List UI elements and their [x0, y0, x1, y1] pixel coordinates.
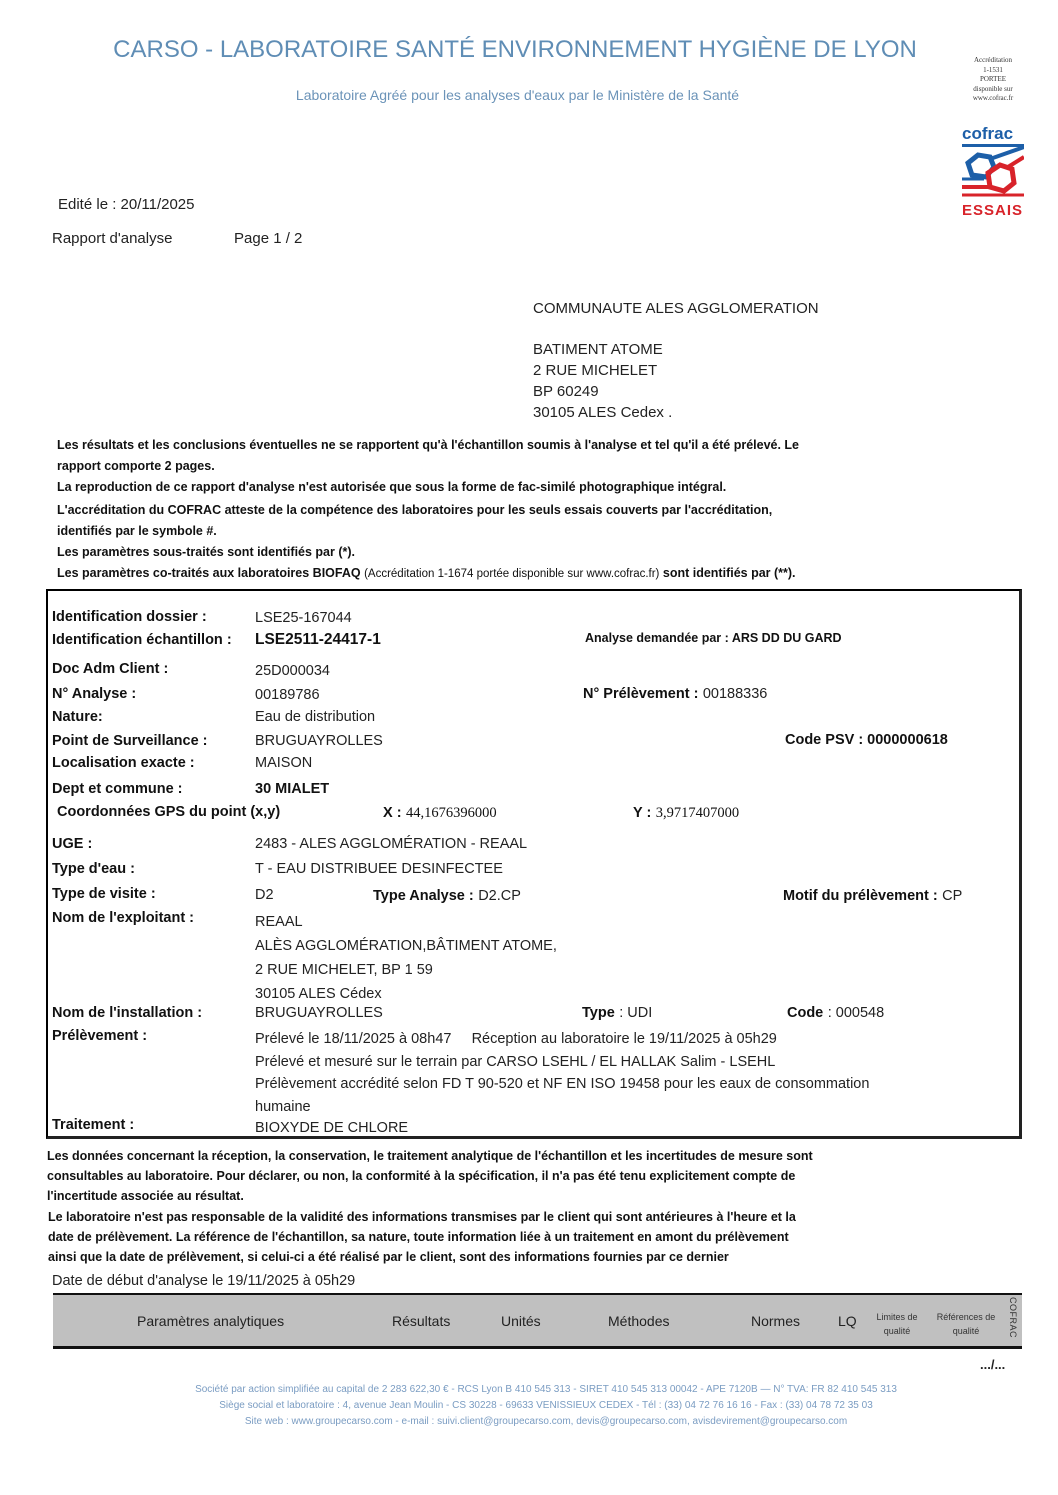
- dept-value: 30 MIALET: [255, 781, 329, 797]
- gps-y: Y : 3,9717407000: [633, 804, 739, 822]
- doc-adm-label: Doc Adm Client :: [52, 661, 168, 677]
- note-line: l'incertitude associée au résultat.: [47, 1186, 813, 1206]
- localisation-label: Localisation exacte :: [52, 755, 195, 771]
- installation-code-value: : 000548: [828, 1005, 884, 1021]
- address-line: BATIMENT ATOME: [533, 339, 672, 360]
- responsibility-notes: Le laboratoire n'est pas responsable de …: [48, 1207, 796, 1267]
- analyse-no-value: 00189786: [255, 687, 320, 703]
- installation-value: BRUGUAYROLLES: [255, 1005, 383, 1021]
- col-references-qualite: Références de qualité: [933, 1310, 999, 1338]
- recipient-name: COMMUNAUTE ALES AGGLOMERATION: [533, 298, 819, 319]
- exploitant-line: REAAL: [255, 910, 557, 934]
- prelevement-line: Prélèvement accrédité selon FD T 90-520 …: [255, 1073, 869, 1096]
- surveillance-label: Point de Surveillance :: [52, 733, 208, 749]
- localisation-value: MAISON: [255, 755, 312, 771]
- exploitant-line: 30105 ALES Cédex: [255, 982, 557, 1006]
- notice-line: Les paramètres sous-traités sont identif…: [57, 542, 799, 563]
- notice-line: L'accréditation du COFRAC atteste de la …: [57, 500, 799, 521]
- note-line: Le laboratoire n'est pas responsable de …: [48, 1207, 796, 1227]
- address-line: 30105 ALES Cedex .: [533, 402, 672, 423]
- gps-y-value: 3,9717407000: [656, 805, 739, 821]
- col-references-line: Références de: [933, 1310, 999, 1324]
- col-methodes: Méthodes: [608, 1313, 669, 1329]
- exploitant-line: ALÈS AGGLOMÉRATION,BÂTIMENT ATOME,: [255, 934, 557, 958]
- lab-subtitle: Laboratoire Agréé pour les analyses d'ea…: [0, 87, 1035, 103]
- note-line: ainsi que la date de prélèvement, si cel…: [48, 1247, 796, 1267]
- notice-line-biofaq: Les paramètres co-traités aux laboratoir…: [57, 563, 799, 585]
- accreditation-line: disponible sur: [958, 85, 1028, 95]
- installation-code: Code : 000548: [787, 1004, 884, 1022]
- prelevement-no-value: 00188336: [703, 686, 768, 702]
- col-references-line: qualité: [933, 1324, 999, 1338]
- type-eau-label: Type d'eau :: [52, 861, 135, 877]
- cofrac-logo-text: cofrac: [962, 125, 1013, 143]
- reception-notes: Les données concernant la réception, la …: [47, 1146, 813, 1206]
- traitement-value: BIOXYDE DE CHLORE: [255, 1120, 408, 1136]
- visite-label: Type de visite :: [52, 886, 156, 902]
- motif-value: CP: [942, 888, 962, 904]
- accreditation-line: www.cofrac.fr: [958, 94, 1028, 104]
- lab-title: CARSO - LABORATOIRE SANTÉ ENVIRONNEMENT …: [0, 36, 1030, 64]
- surveillance-value: BRUGUAYROLLES: [255, 733, 383, 749]
- analyse-no-label: N° Analyse :: [52, 686, 136, 702]
- recipient-address: BATIMENT ATOME 2 RUE MICHELET BP 60249 3…: [533, 339, 672, 423]
- continuation-mark: .../...: [980, 1357, 1005, 1372]
- exploitant-line: 2 RUE MICHELET, BP 1 59: [255, 958, 557, 982]
- gps-x: X : 44,1676396000: [383, 804, 497, 822]
- nature-value: Eau de distribution: [255, 709, 375, 725]
- echantillon-label: Identification échantillon :: [52, 632, 232, 648]
- prelevement-no: N° Prélèvement : 00188336: [583, 685, 767, 703]
- footer-address: Siège social et laboratoire : 4, avenue …: [0, 1400, 1058, 1411]
- installation-code-label: Code: [787, 1005, 823, 1021]
- code-psv: Code PSV : 0000000618: [785, 732, 948, 748]
- prelevement-line: Prélevé le 18/11/2025 à 08h47 Réception …: [255, 1028, 869, 1051]
- note-line: date de prélèvement. La référence de l'é…: [48, 1227, 796, 1247]
- col-normes: Normes: [751, 1313, 800, 1329]
- gps-y-label: Y :: [633, 805, 651, 821]
- type-analyse-label: Type Analyse :: [373, 888, 474, 904]
- col-lq: LQ: [838, 1313, 857, 1329]
- prelevement-label: Prélèvement :: [52, 1028, 147, 1044]
- dept-label: Dept et commune :: [52, 781, 183, 797]
- address-line: 2 RUE MICHELET: [533, 360, 672, 381]
- traitement-label: Traitement :: [52, 1117, 134, 1133]
- prelevement-line: humaine: [255, 1096, 869, 1119]
- gps-x-label: X :: [383, 805, 402, 821]
- gps-x-value: 44,1676396000: [406, 805, 497, 821]
- notice-biofaq-a: Les paramètres co-traités aux laboratoir…: [57, 566, 361, 580]
- col-cofrac: COFRAC: [1008, 1297, 1018, 1338]
- note-line: consultables au laboratoire. Pour déclar…: [47, 1166, 813, 1186]
- uge-value: 2483 - ALES AGGLOMÉRATION - REAAL: [255, 836, 527, 852]
- accreditation-note: Accréditation 1-1531 PORTEE disponible s…: [958, 56, 1028, 104]
- visite-value: D2: [255, 887, 274, 903]
- notice-line: La reproduction de ce rapport d'analyse …: [57, 477, 799, 498]
- motif-label: Motif du prélèvement :: [783, 888, 938, 904]
- edited-date: Edité le : 20/11/2025: [58, 196, 195, 213]
- essais-logo-text: ESSAIS: [962, 202, 1023, 217]
- exploitant-label: Nom de l'exploitant :: [52, 910, 194, 926]
- report-label: Rapport d'analyse: [52, 230, 172, 247]
- type-analyse: Type Analyse : D2.CP: [373, 887, 521, 905]
- exploitant-value: REAAL ALÈS AGGLOMÉRATION,BÂTIMENT ATOME,…: [255, 910, 557, 1006]
- installation-type: Type : UDI: [582, 1004, 652, 1022]
- note-line: Les données concernant la réception, la …: [47, 1146, 813, 1166]
- page-indicator: Page 1 / 2: [234, 230, 302, 247]
- accreditation-line: PORTEE: [958, 75, 1028, 85]
- prelevement-line: Prélevé et mesuré sur le terrain par CAR…: [255, 1051, 869, 1074]
- nature-label: Nature:: [52, 709, 103, 725]
- prelevement-no-label: N° Prélèvement :: [583, 686, 698, 702]
- uge-label: UGE :: [52, 836, 92, 852]
- cofrac-logo-icon: cofrac ESSAIS: [962, 125, 1024, 217]
- installation-label: Nom de l'installation :: [52, 1005, 202, 1021]
- col-limites-line: qualité: [871, 1324, 923, 1338]
- echantillon-value: LSE2511-24417-1: [255, 631, 381, 649]
- type-analyse-value: D2.CP: [478, 888, 521, 904]
- notice-biofaq-b: (Accréditation 1-1674 portée disponible …: [364, 568, 659, 580]
- installation-type-value: : UDI: [619, 1005, 652, 1021]
- motif: Motif du prélèvement : CP: [783, 887, 962, 905]
- col-resultats: Résultats: [392, 1313, 450, 1329]
- col-unites: Unités: [501, 1313, 541, 1329]
- notice-line: rapport comporte 2 pages.: [57, 456, 799, 477]
- doc-adm-value: 25D000034: [255, 663, 330, 679]
- footer-contact: Site web : www.groupecarso.com - e-mail …: [0, 1416, 1058, 1427]
- type-eau-value: T - EAU DISTRIBUEE DESINFECTEE: [255, 861, 503, 877]
- gps-label: Coordonnées GPS du point (x,y): [57, 804, 280, 820]
- notice-biofaq-c: sont identifiés par (**).: [663, 566, 796, 580]
- legal-notices: Les résultats et les conclusions éventue…: [57, 435, 799, 585]
- notice-line: identifiés par le symbole #.: [57, 521, 799, 542]
- address-line: BP 60249: [533, 381, 672, 402]
- notice-line: Les résultats et les conclusions éventue…: [57, 435, 799, 456]
- footer-company: Société par action simplifiée au capital…: [0, 1384, 1058, 1395]
- accreditation-line: 1-1531: [958, 66, 1028, 76]
- results-table-header: Paramètres analytiques Résultats Unités …: [53, 1293, 1022, 1349]
- col-limites-line: Limites de: [871, 1310, 923, 1324]
- prelevement-details: Prélevé le 18/11/2025 à 08h47 Réception …: [255, 1028, 869, 1118]
- installation-type-label: Type: [582, 1005, 615, 1021]
- col-limites-qualite: Limites de qualité: [871, 1310, 923, 1338]
- dossier-value: LSE25-167044: [255, 610, 352, 626]
- analyse-demandee: Analyse demandée par : ARS DD DU GARD: [585, 631, 842, 645]
- col-parametres: Paramètres analytiques: [137, 1313, 284, 1329]
- accreditation-line: Accréditation: [958, 56, 1028, 66]
- dossier-label: Identification dossier :: [52, 609, 207, 625]
- analysis-start-date: Date de début d'analyse le 19/11/2025 à …: [52, 1273, 355, 1289]
